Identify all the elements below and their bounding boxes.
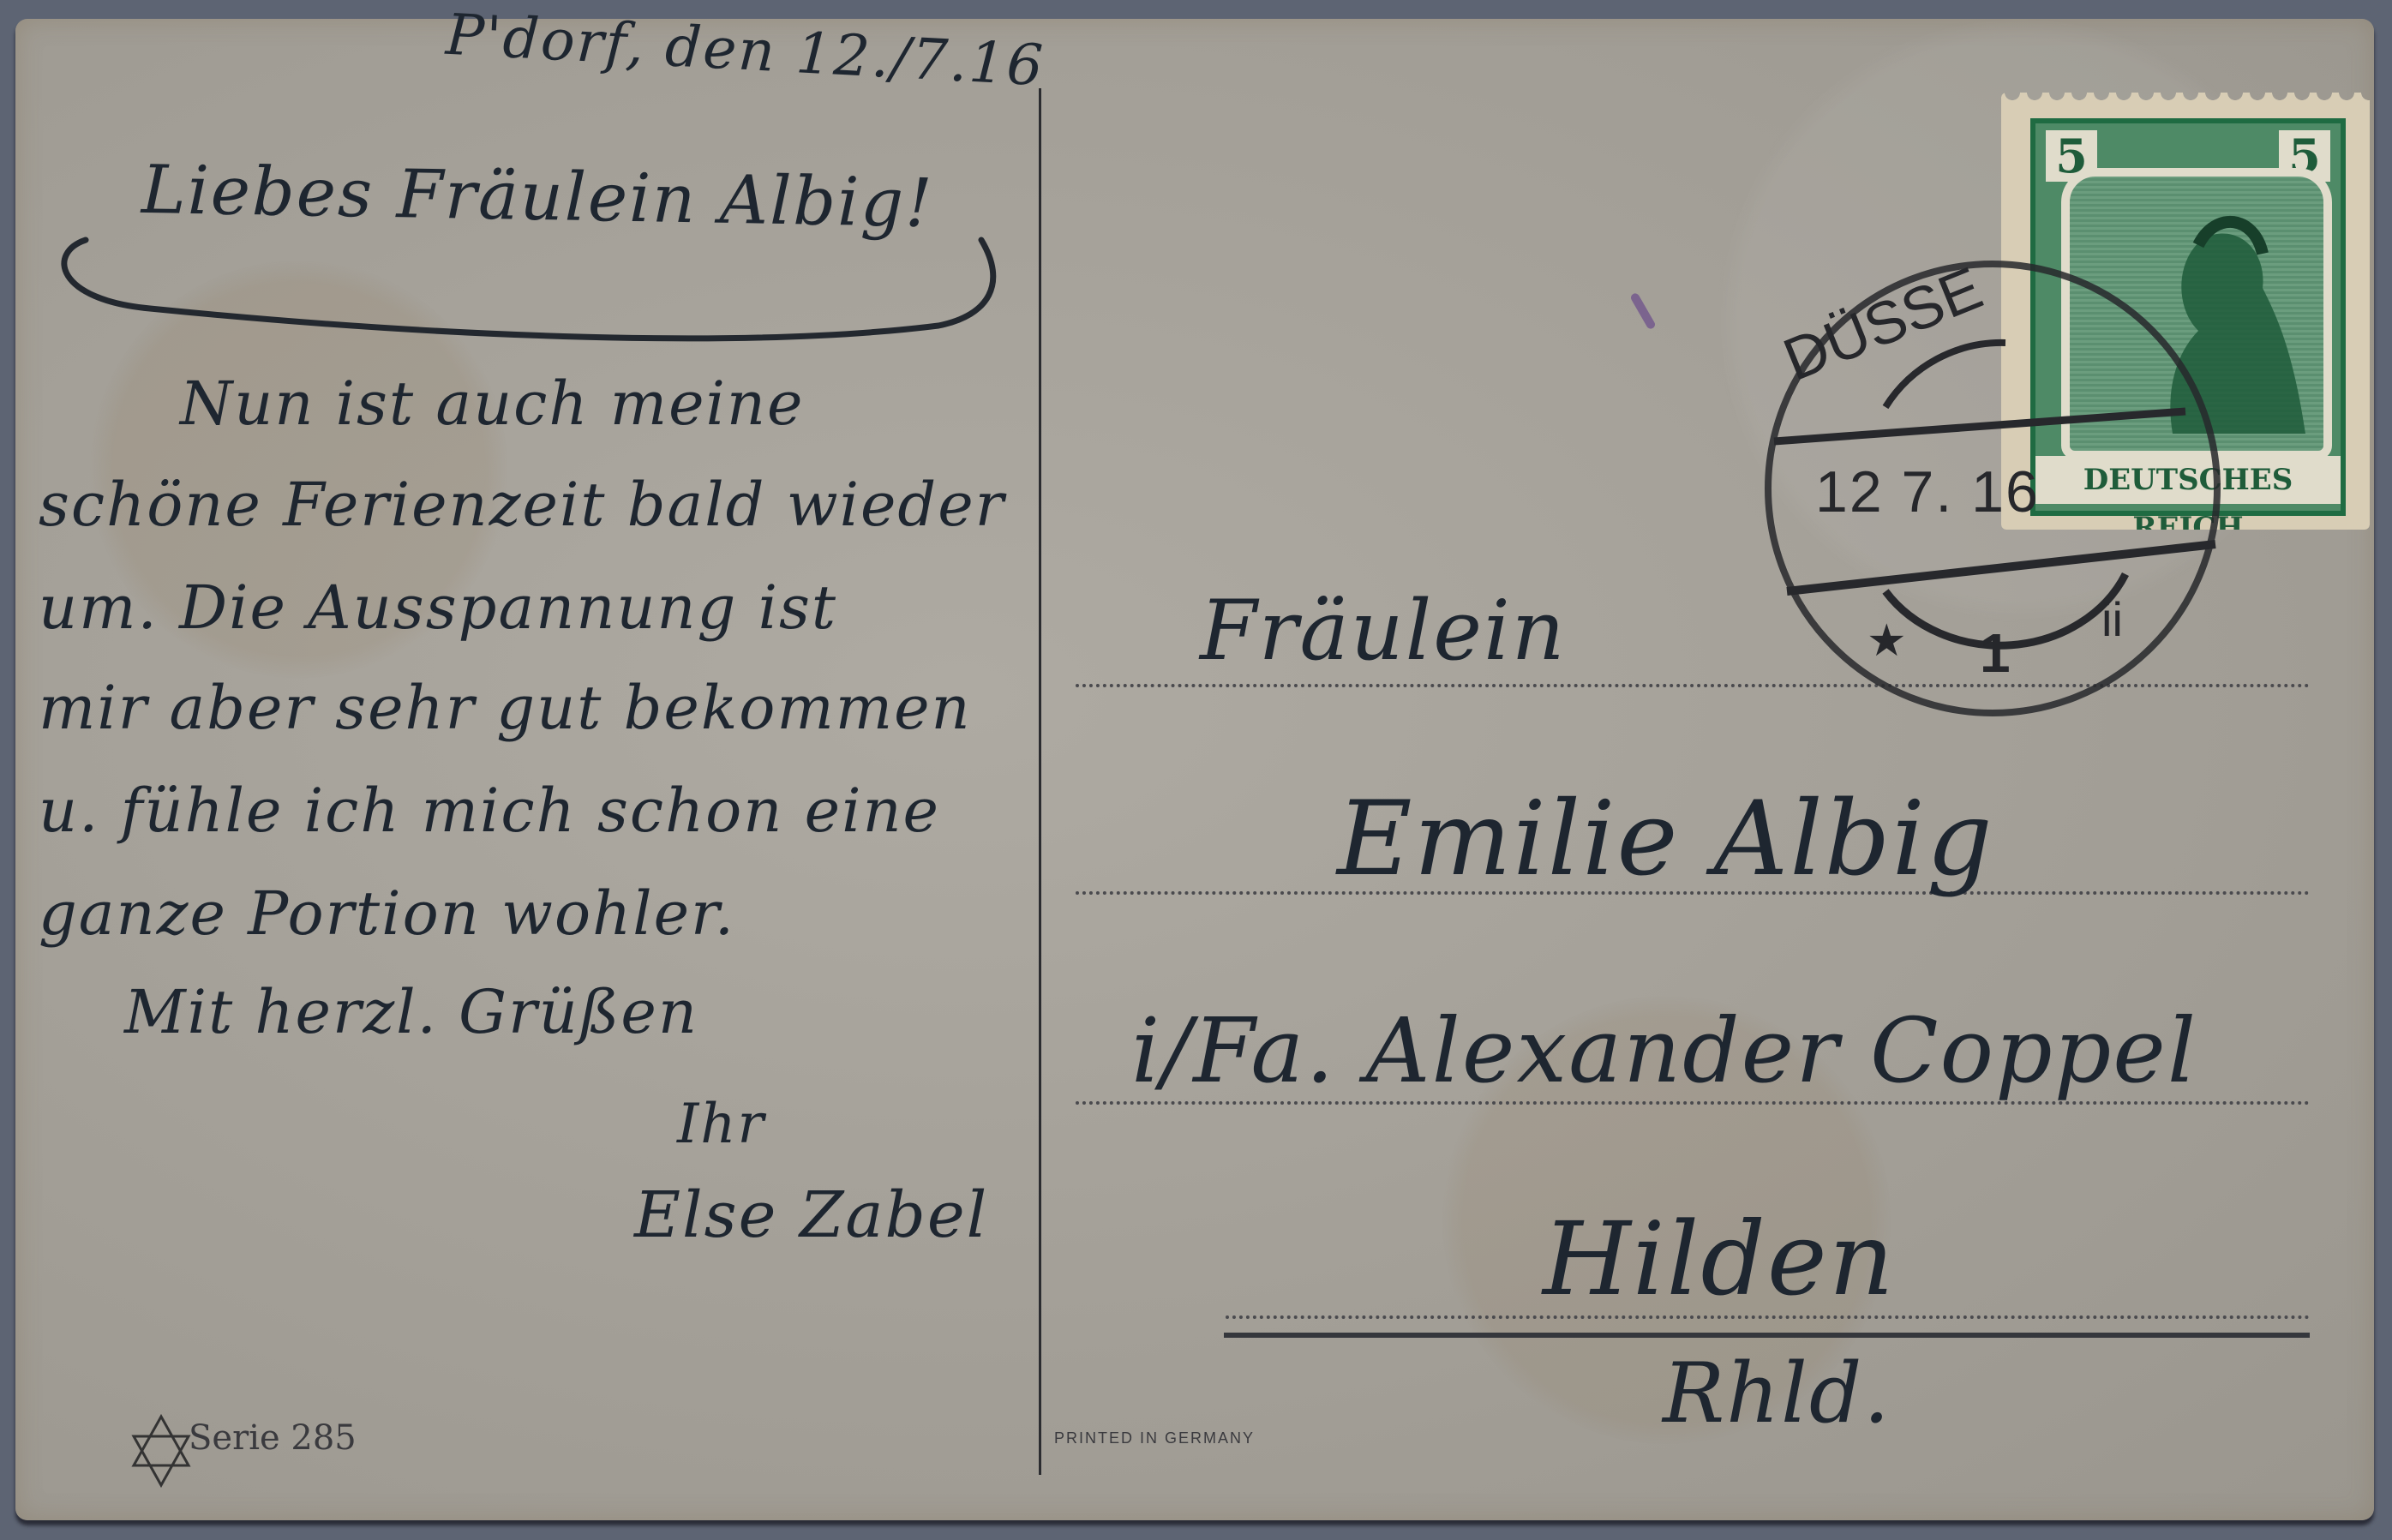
message-line: schöne Ferienzeit bald wieder — [39, 470, 1005, 540]
address-region: Rhld. — [1663, 1345, 1891, 1441]
address-title: Fräulein — [1200, 583, 1567, 679]
printed-in-germany: PRINTED IN GERMANY — [1054, 1429, 1255, 1447]
address-company: i/Fa. Alexander Coppel — [1131, 998, 2197, 1103]
signature-name: Else Zabel — [634, 1178, 988, 1252]
closing: Mit herzl. Grüßen — [124, 977, 698, 1047]
address-city: Hilden — [1543, 1200, 1896, 1318]
message-line: ganze Portion wohler. — [39, 878, 735, 949]
address-underline — [1224, 1333, 2310, 1338]
star-of-david-icon — [127, 1412, 195, 1489]
postmark-district: 1 — [1980, 621, 2011, 685]
series-number: Serie 285 — [189, 1418, 357, 1458]
message-line: mir aber sehr gut bekommen — [39, 673, 972, 743]
postmark-date: 12 7. 16 — [1815, 458, 2040, 525]
salutation-swash — [47, 206, 1007, 351]
postmark-star-icon: ★ — [1867, 615, 1907, 667]
center-divider — [1039, 88, 1041, 1475]
signature-ihr: Ihr — [677, 1093, 765, 1156]
address-name: Emilie Albig — [1337, 780, 1994, 899]
postmark-series: ii — [2101, 591, 2123, 647]
message-line: um. Die Ausspannung ist — [39, 572, 837, 643]
message-line: u. fühle ich mich schon eine — [39, 776, 940, 846]
message-line: Nun ist auch meine — [180, 369, 804, 439]
